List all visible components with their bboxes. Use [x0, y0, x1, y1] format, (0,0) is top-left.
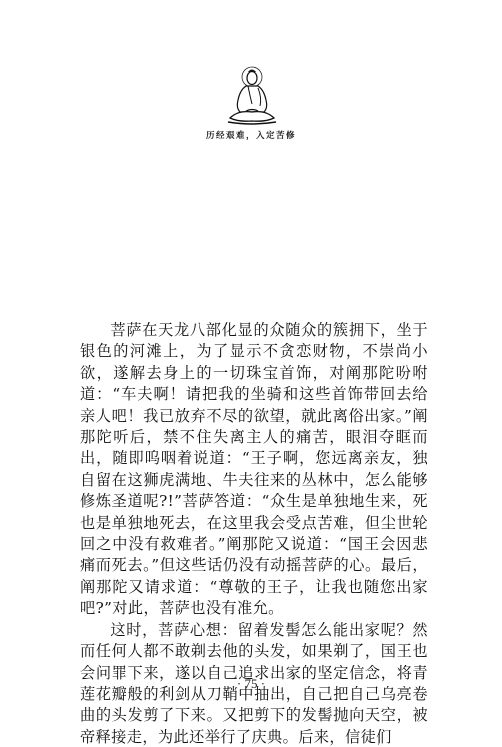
illustration-caption: 历经艰难，入定苦修: [0, 129, 502, 141]
seated-buddha-icon: [222, 64, 282, 128]
scan-artifact-line: [378, 735, 379, 745]
paragraph: 菩萨在天龙八部化显的众随众的簇拥下，坐于银色的河滩上，为了显示不贪恋财物，不崇尚…: [80, 320, 428, 620]
page-number: · 75 ·: [0, 676, 502, 692]
